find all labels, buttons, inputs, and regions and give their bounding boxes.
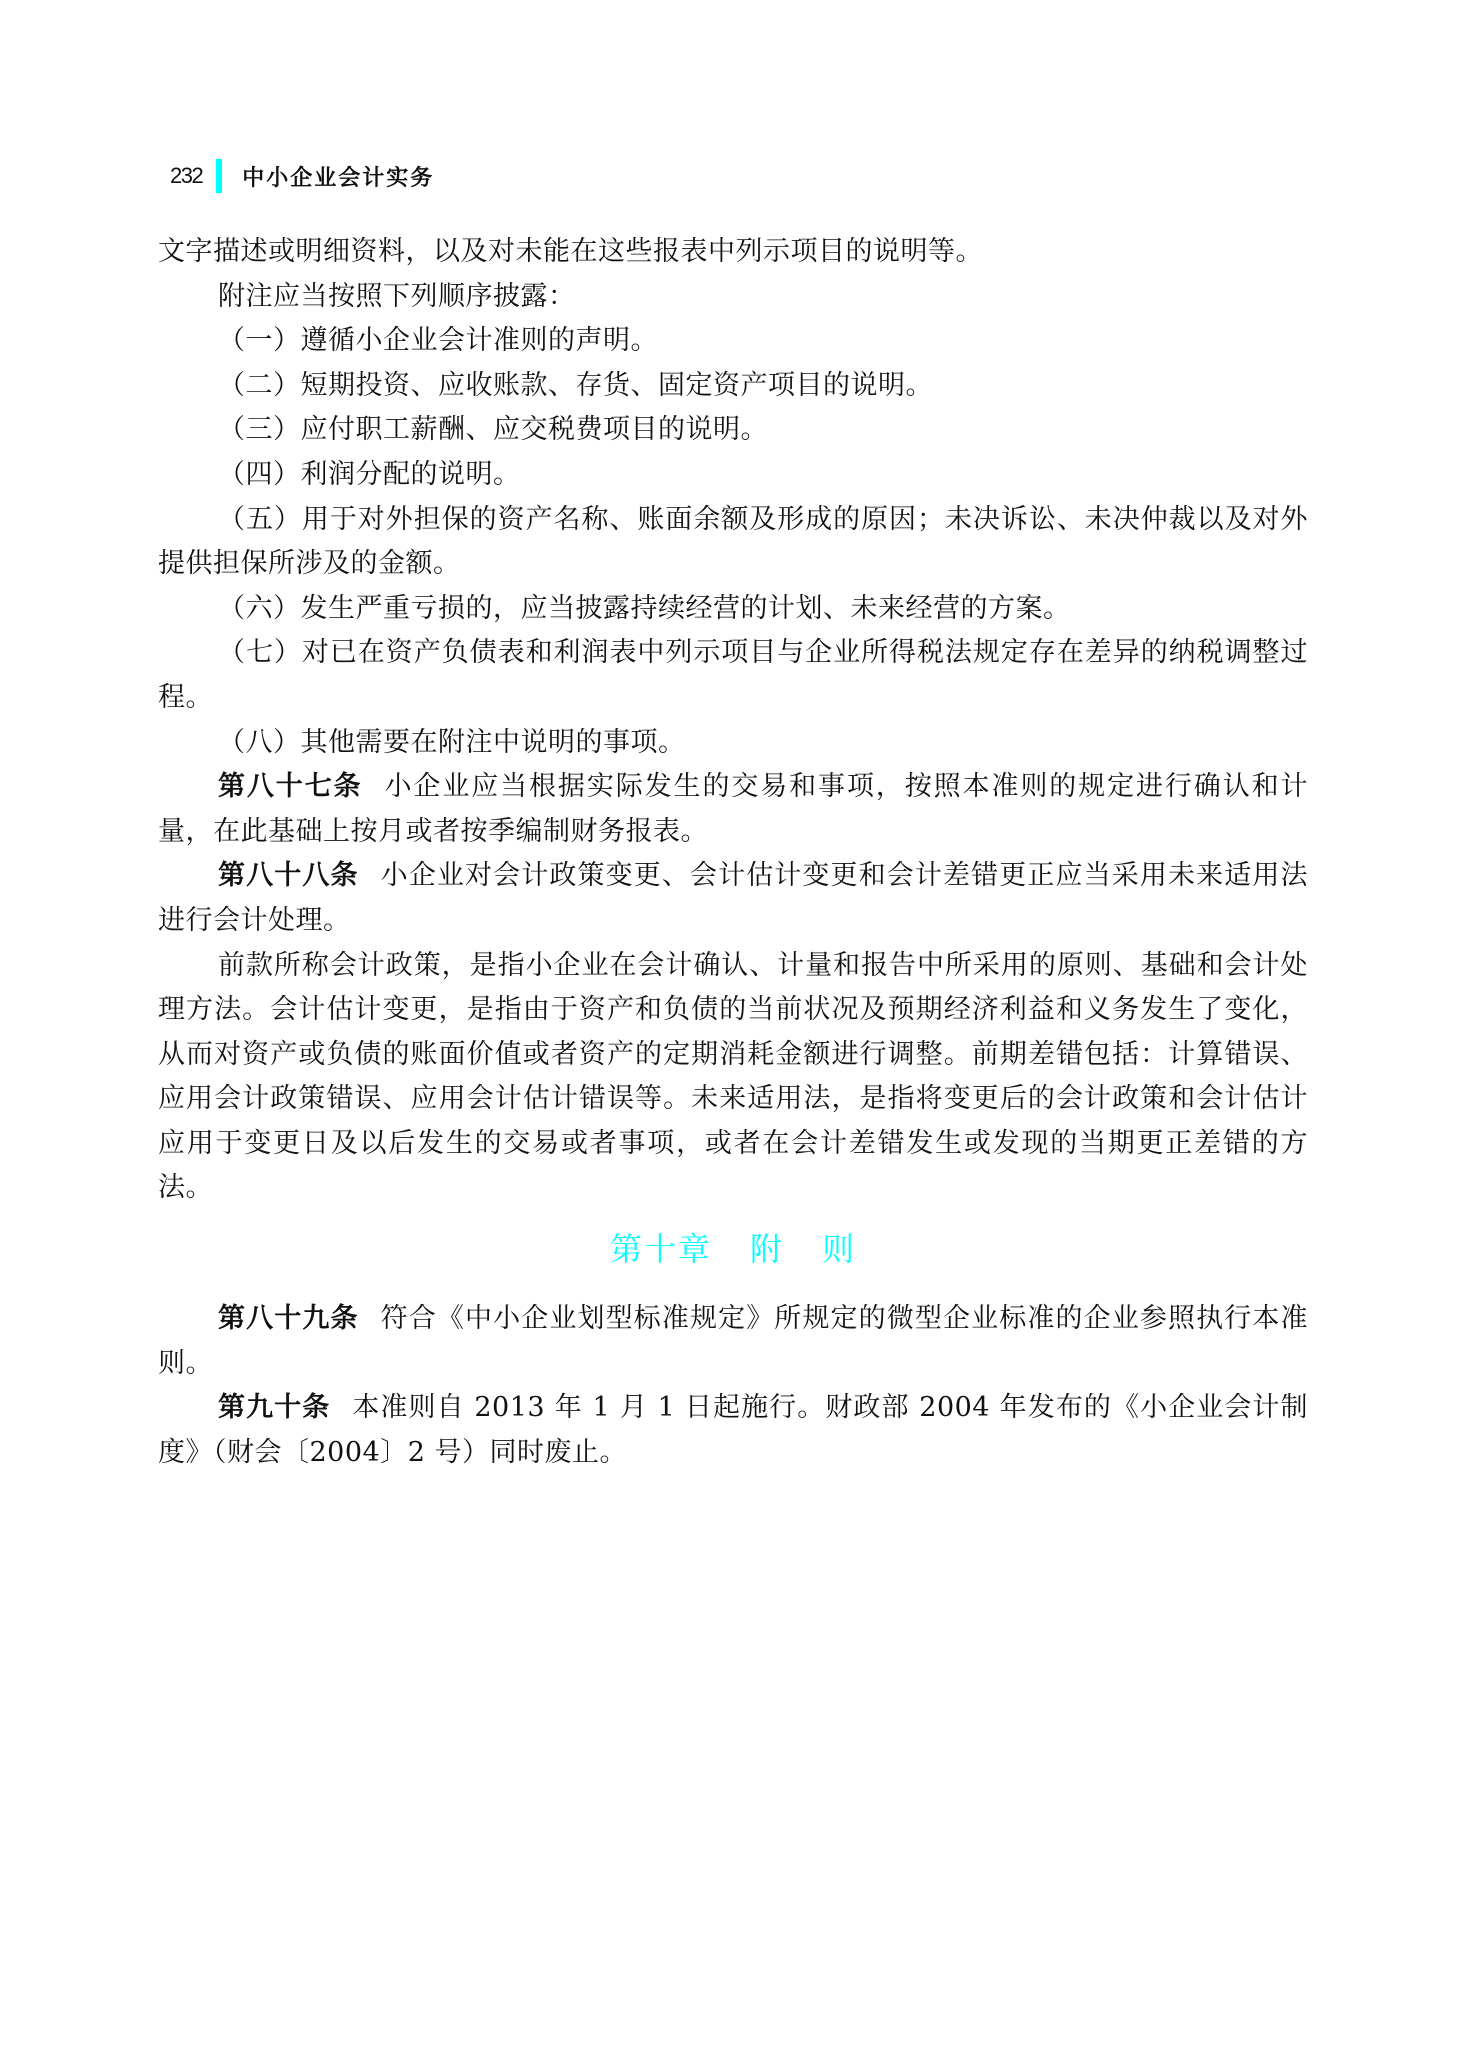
- disclosure-item: （六）发生严重亏损的，应当披露持续经营的计划、未来经营的方案。: [158, 587, 1308, 632]
- header-accent-bar: [216, 159, 222, 193]
- disclosure-item: （二）短期投资、应收账款、存货、固定资产项目的说明。: [158, 364, 1308, 409]
- disclosure-item: （七）对已在资产负债表和利润表中列示项目与企业所得税法规定存在差异的纳税调整过程…: [158, 631, 1308, 720]
- article-number: 第八十九条: [218, 1303, 359, 1334]
- disclosure-item: （四）利润分配的说明。: [158, 453, 1308, 498]
- disclosure-item: （一）遵循小企业会计准则的声明。: [158, 319, 1308, 364]
- article-text: 本准则自 2013 年 1 月 1 日起施行。财政部 2004 年发布的《小企业…: [158, 1392, 1308, 1468]
- chapter-heading: 第十章附则: [158, 1227, 1308, 1271]
- disclosure-intro: 附注应当按照下列顺序披露：: [158, 275, 1308, 320]
- continuation-paragraph: 文字描述或明细资料，以及对未能在这些报表中列示项目的说明等。: [158, 230, 1308, 275]
- article-90: 第九十条本准则自 2013 年 1 月 1 日起施行。财政部 2004 年发布的…: [158, 1386, 1308, 1475]
- running-header: 232 中小企业会计实务: [170, 158, 434, 194]
- page-body: 文字描述或明细资料，以及对未能在这些报表中列示项目的说明等。 附注应当按照下列顺…: [158, 230, 1308, 1475]
- article-number: 第九十条: [218, 1392, 330, 1423]
- article-number: 第八十八条: [218, 860, 359, 891]
- disclosure-item: （三）应付职工薪酬、应交税费项目的说明。: [158, 408, 1308, 453]
- chapter-number: 第十章: [610, 1230, 712, 1268]
- chapter-title-part: 则: [822, 1230, 856, 1268]
- disclosure-item: （八）其他需要在附注中说明的事项。: [158, 721, 1308, 766]
- page-number: 232: [170, 163, 202, 189]
- article-89: 第八十九条符合《中小企业划型标准规定》所规定的微型企业标准的企业参照执行本准则。: [158, 1297, 1308, 1386]
- disclosure-item: （五）用于对外担保的资产名称、账面余额及形成的原因；未决诉讼、未决仲裁以及对外提…: [158, 498, 1308, 587]
- chapter-title-part: 附: [750, 1230, 784, 1268]
- article-87: 第八十七条小企业应当根据实际发生的交易和事项，按照本准则的规定进行确认和计量，在…: [158, 765, 1308, 854]
- book-title: 中小企业会计实务: [242, 161, 434, 192]
- article-number: 第八十七条: [218, 771, 363, 802]
- definition-paragraph: 前款所称会计政策，是指小企业在会计确认、计量和报告中所采用的原则、基础和会计处理…: [158, 944, 1308, 1212]
- article-88: 第八十八条小企业对会计政策变更、会计估计变更和会计差错更正应当采用未来适用法进行…: [158, 854, 1308, 943]
